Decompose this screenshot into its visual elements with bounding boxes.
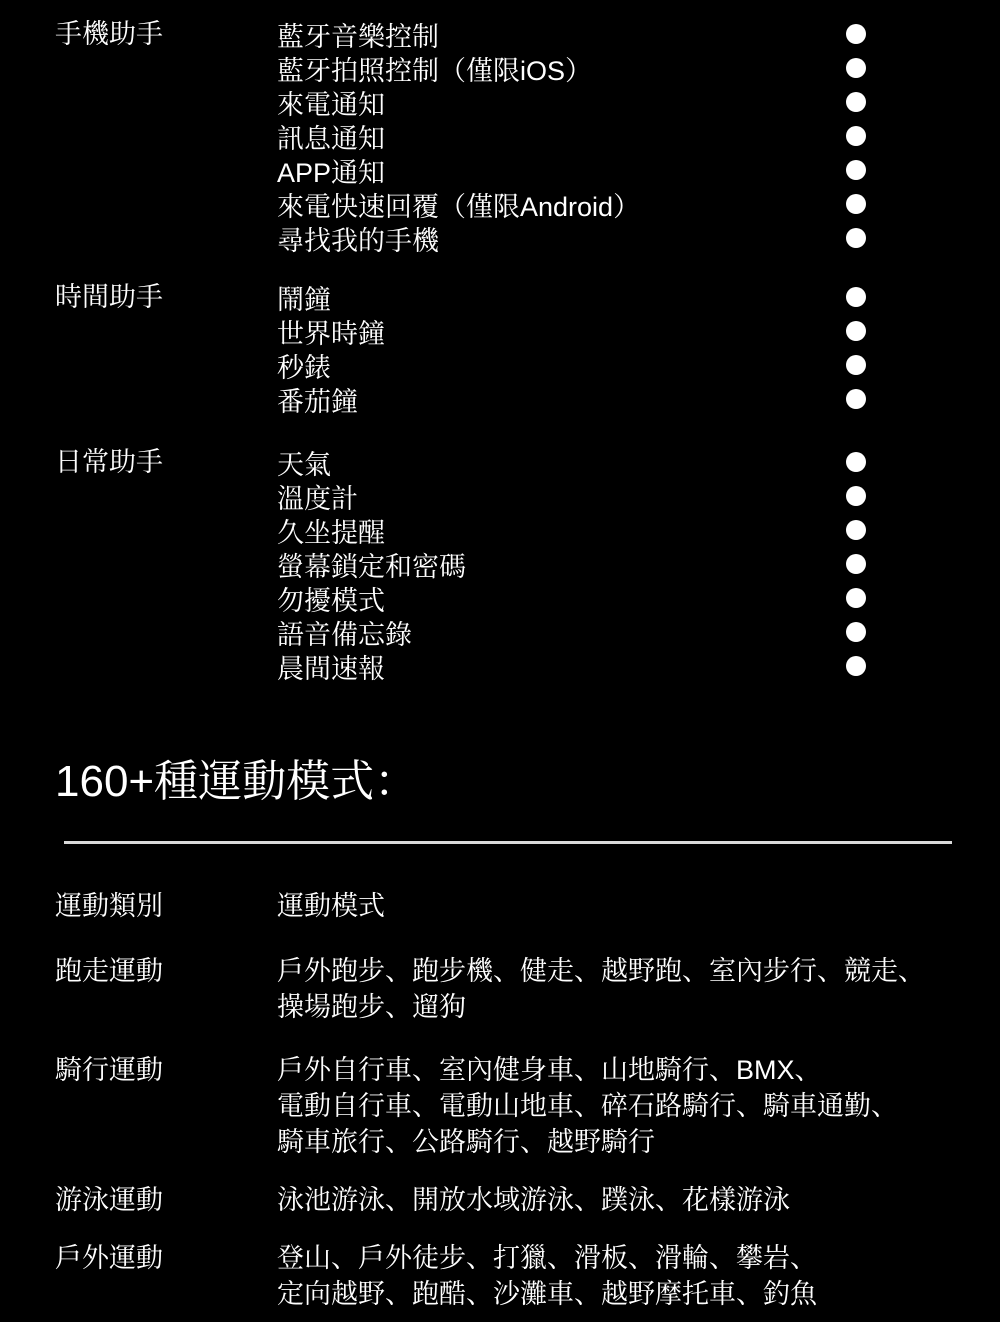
bullet-dot-icon bbox=[846, 452, 866, 472]
sport-modes-line: 騎車旅行、公路騎行、越野騎行 bbox=[277, 1124, 1000, 1160]
spec-sheet-page: 手機助手 藍牙音樂控制 藍牙拍照控制（僅限iOS） 來電通知 訊息通知 APP通… bbox=[0, 0, 1000, 1322]
bullet-dot-icon bbox=[846, 24, 866, 44]
bullet-dot-icon bbox=[846, 554, 866, 574]
feature-row: 螢幕鎖定和密碼 bbox=[277, 547, 866, 581]
feature-row: APP通知 bbox=[277, 153, 866, 187]
feature-list: 鬧鐘 世界時鐘 秒錶 番茄鐘 bbox=[277, 280, 866, 416]
sport-category: 戶外運動 bbox=[55, 1240, 277, 1276]
sport-modes: 戶外自行車、室內健身車、山地騎行、BMX、 電動自行車、電動山地車、碎石路騎行、… bbox=[277, 1052, 1000, 1160]
feature-row: 藍牙音樂控制 bbox=[277, 17, 866, 51]
feature-list: 天氣 溫度計 久坐提醒 螢幕鎖定和密碼 勿擾模式 語音備忘錄 bbox=[277, 445, 866, 683]
feature-row: 鬧鐘 bbox=[277, 280, 866, 314]
bullet-dot-icon bbox=[846, 58, 866, 78]
sport-category: 騎行運動 bbox=[55, 1052, 277, 1088]
section-label: 手機助手 bbox=[55, 17, 277, 51]
section-divider bbox=[64, 841, 952, 844]
feature-row: 番茄鐘 bbox=[277, 382, 866, 416]
section-time-assistant: 時間助手 鬧鐘 世界時鐘 秒錶 番茄鐘 bbox=[55, 280, 1000, 416]
table-header-row: 運動類別 運動模式 bbox=[55, 889, 1000, 923]
bullet-dot-icon bbox=[846, 287, 866, 307]
feature-row: 勿擾模式 bbox=[277, 581, 866, 615]
feature-row: 藍牙拍照控制（僅限iOS） bbox=[277, 51, 866, 85]
feature-row: 訊息通知 bbox=[277, 119, 866, 153]
sport-modes-line: 定向越野、跑酷、沙灘車、越野摩托車、釣魚 bbox=[277, 1276, 1000, 1312]
bullet-dot-icon bbox=[846, 92, 866, 112]
feature-label: 晨間速報 bbox=[277, 647, 385, 686]
sport-category: 游泳運動 bbox=[55, 1182, 277, 1218]
section-daily-assistant: 日常助手 天氣 溫度計 久坐提醒 螢幕鎖定和密碼 勿擾模式 bbox=[55, 445, 1000, 683]
bullet-dot-icon bbox=[846, 355, 866, 375]
feature-row: 晨間速報 bbox=[277, 649, 866, 683]
bullet-dot-icon bbox=[846, 228, 866, 248]
feature-row: 秒錶 bbox=[277, 348, 866, 382]
sport-modes: 泳池游泳、開放水域游泳、蹼泳、花樣游泳 bbox=[277, 1182, 1000, 1218]
sport-modes: 戶外跑步、跑步機、健走、越野跑、室內步行、競走、 操場跑步、遛狗 bbox=[277, 953, 1000, 1025]
bullet-dot-icon bbox=[846, 486, 866, 506]
bullet-dot-icon bbox=[846, 126, 866, 146]
feature-row: 語音備忘錄 bbox=[277, 615, 866, 649]
feature-row: 久坐提醒 bbox=[277, 513, 866, 547]
section-label: 時間助手 bbox=[55, 280, 277, 314]
feature-row: 來電通知 bbox=[277, 85, 866, 119]
bullet-dot-icon bbox=[846, 520, 866, 540]
bullet-dot-icon bbox=[846, 588, 866, 608]
feature-label: 番茄鐘 bbox=[277, 380, 358, 419]
feature-row: 來電快速回覆（僅限Android） bbox=[277, 187, 866, 221]
feature-list: 藍牙音樂控制 藍牙拍照控制（僅限iOS） 來電通知 訊息通知 APP通知 來電快… bbox=[277, 17, 866, 255]
feature-label: 尋找我的手機 bbox=[277, 219, 439, 258]
feature-row: 天氣 bbox=[277, 445, 866, 479]
sports-modes-table: 運動類別 運動模式 跑走運動 戶外跑步、跑步機、健走、越野跑、室內步行、競走、 … bbox=[55, 889, 1000, 1312]
sport-modes: 登山、戶外徒步、打獵、滑板、滑輪、攀岩、 定向越野、跑酷、沙灘車、越野摩托車、釣… bbox=[277, 1240, 1000, 1312]
feature-row: 尋找我的手機 bbox=[277, 221, 866, 255]
bullet-dot-icon bbox=[846, 160, 866, 180]
section-phone-assistant: 手機助手 藍牙音樂控制 藍牙拍照控制（僅限iOS） 來電通知 訊息通知 APP通… bbox=[55, 17, 1000, 255]
bullet-dot-icon bbox=[846, 321, 866, 341]
sport-modes-line: 操場跑步、遛狗 bbox=[277, 989, 1000, 1025]
sport-modes-line: 戶外跑步、跑步機、健走、越野跑、室內步行、競走、 bbox=[277, 953, 1000, 989]
table-row-outdoor: 戶外運動 登山、戶外徒步、打獵、滑板、滑輪、攀岩、 定向越野、跑酷、沙灘車、越野… bbox=[55, 1240, 1000, 1312]
sport-modes-line: 電動自行車、電動山地車、碎石路騎行、騎車通勤、 bbox=[277, 1088, 1000, 1124]
table-row-running: 跑走運動 戶外跑步、跑步機、健走、越野跑、室內步行、競走、 操場跑步、遛狗 bbox=[55, 953, 1000, 1025]
bullet-dot-icon bbox=[846, 389, 866, 409]
feature-row: 溫度計 bbox=[277, 479, 866, 513]
sport-modes-line: 戶外自行車、室內健身車、山地騎行、BMX、 bbox=[277, 1052, 1000, 1088]
sport-modes-line: 登山、戶外徒步、打獵、滑板、滑輪、攀岩、 bbox=[277, 1240, 1000, 1276]
sport-category: 跑走運動 bbox=[55, 953, 277, 989]
sports-modes-heading: 160+種運動模式： bbox=[55, 756, 1000, 808]
section-label: 日常助手 bbox=[55, 445, 277, 479]
bullet-dot-icon bbox=[846, 194, 866, 214]
column-header-modes: 運動模式 bbox=[277, 889, 1000, 923]
bullet-dot-icon bbox=[846, 656, 866, 676]
table-row-cycling: 騎行運動 戶外自行車、室內健身車、山地騎行、BMX、 電動自行車、電動山地車、碎… bbox=[55, 1052, 1000, 1160]
column-header-category: 運動類別 bbox=[55, 889, 277, 923]
sport-modes-line: 泳池游泳、開放水域游泳、蹼泳、花樣游泳 bbox=[277, 1182, 1000, 1218]
feature-row: 世界時鐘 bbox=[277, 314, 866, 348]
bullet-dot-icon bbox=[846, 622, 866, 642]
table-row-swimming: 游泳運動 泳池游泳、開放水域游泳、蹼泳、花樣游泳 bbox=[55, 1182, 1000, 1218]
